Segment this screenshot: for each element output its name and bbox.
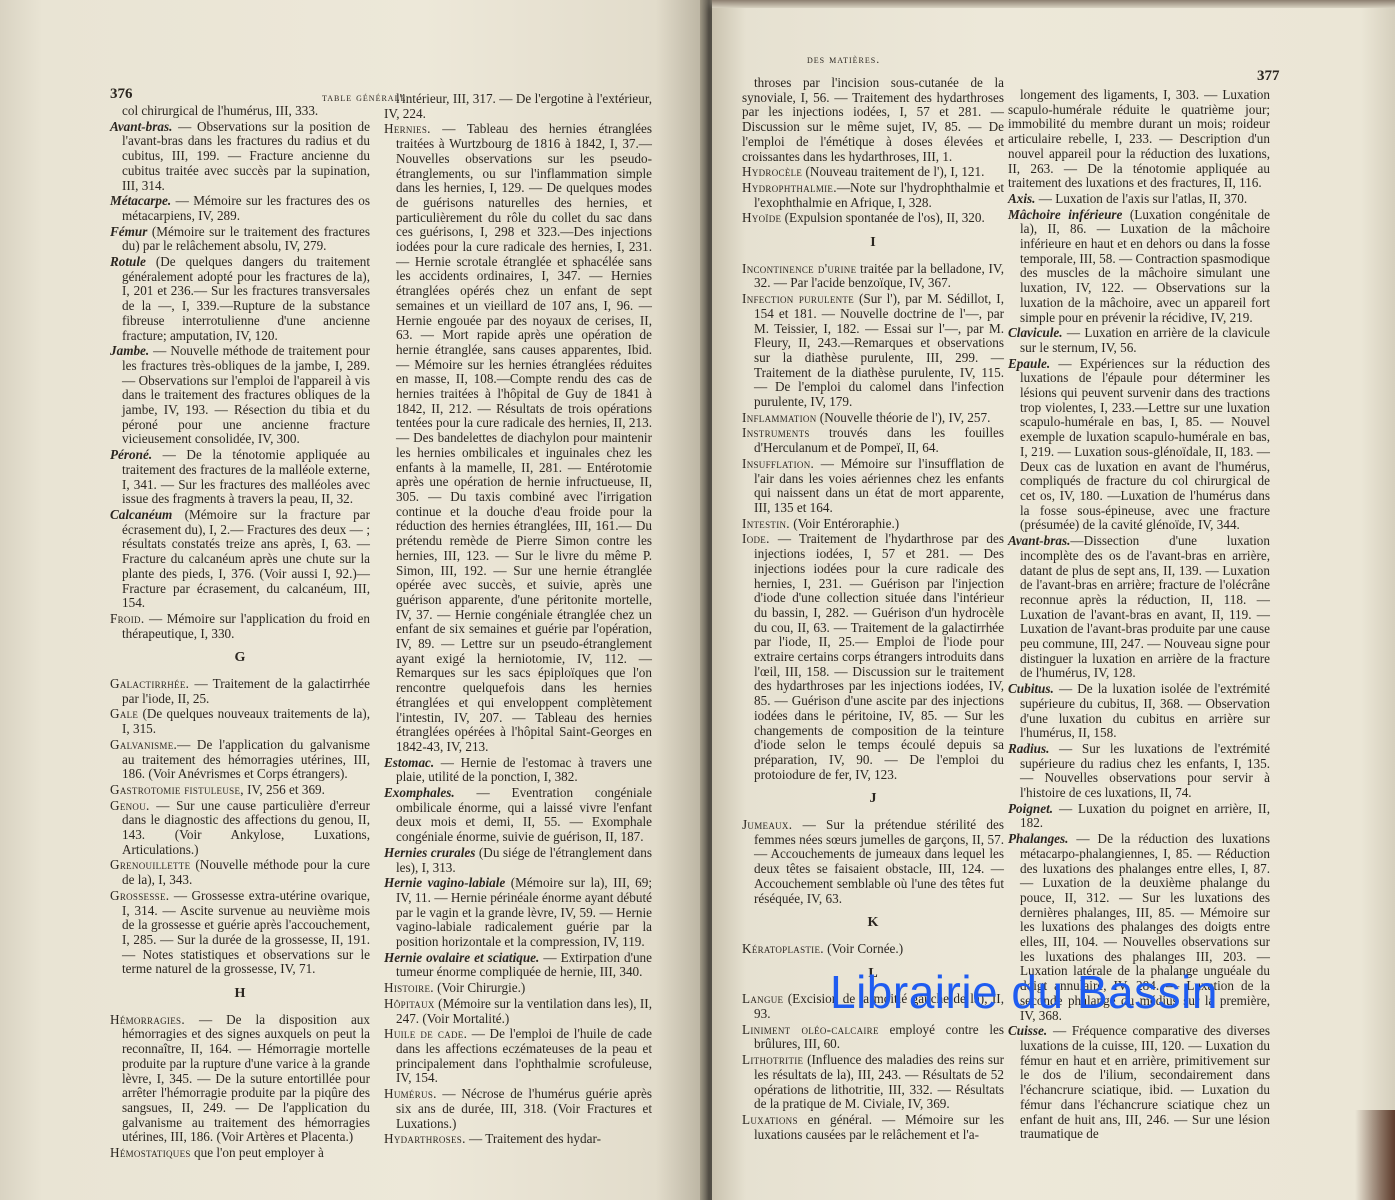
index-entry-continued: l'intérieur, III, 317. — De l'ergotine à… (384, 92, 652, 121)
index-entry-heading: Froid. (110, 611, 144, 626)
index-entry-heading: Hyoïde (742, 210, 781, 225)
index-entry: Inflammation (Nouvelle théorie de l'), I… (742, 411, 1004, 426)
index-entry-text: — Luxation de l'axis sur l'atlas, II, 37… (1035, 191, 1247, 206)
index-entry-heading: Hydrophthalmie. (742, 180, 837, 195)
index-entry-heading: Inflammation (742, 410, 817, 425)
index-entry-heading: Cuisse. (1008, 1023, 1047, 1038)
section-letter: J (742, 792, 1004, 807)
left-page: 376 TABLE GÉNÉRALE col chirurgical de l'… (0, 0, 705, 1200)
index-entry: Cuisse. — Fréquence comparative des dive… (1008, 1024, 1270, 1142)
index-entry-heading: Lithotritie (742, 1052, 803, 1067)
index-entry: Jambe. — Nouvelle méthode de traitement … (110, 344, 370, 447)
index-entry-continued: throses par l'incision sous-cutanée de l… (742, 76, 1004, 164)
index-entry-heading: Incontinence d'urine (742, 261, 856, 276)
index-entry-heading: Clavicule. (1008, 325, 1063, 340)
index-entry: Métacarpe. — Mémoire sur les fractures d… (110, 194, 370, 223)
index-entry: Avant-bras. — Observations sur la positi… (110, 120, 370, 194)
index-entry: Iode. — Traitement de l'hydarthrose par … (742, 532, 1004, 782)
section-letter: H (110, 987, 370, 1002)
index-entry-heading: Métacarpe. (110, 193, 171, 208)
index-entry-heading: Infection purulente (742, 291, 854, 306)
index-entry: Gale (De quelques nouveaux traitements d… (110, 707, 370, 736)
index-entry-heading: Hydrocèle (742, 164, 802, 179)
index-entry: Fémur (Mémoire sur le traitement des fra… (110, 225, 370, 254)
index-entry-heading: Gale (110, 706, 138, 721)
index-entry-text: (Mémoire sur la ventilation dans les), I… (396, 996, 652, 1026)
index-entry-text: (Sur l'), par M. Sédillot, I, 154 et 181… (754, 291, 1004, 409)
index-entry-heading: Histoire. (384, 980, 434, 995)
index-entry-heading: Calcanéum (110, 507, 172, 522)
index-entry-heading: Jumeaux. (742, 817, 792, 832)
right-page-number: 377 (1257, 68, 1280, 85)
index-entry: Clavicule. — Luxation en arrière de la c… (1008, 326, 1270, 355)
index-entry-text: — Traitement de l'hydarthrose par des in… (754, 531, 1004, 781)
section-letter: K (742, 916, 1004, 931)
index-entry-heading: Avant-bras. (110, 119, 172, 134)
index-entry-text: col chirurgical de l'humérus, III, 333. (122, 103, 318, 118)
index-entry: Huile de cade. — De l'emploi de l'huile … (384, 1027, 652, 1086)
index-entry-text: que l'on peut employer à (191, 1145, 324, 1160)
index-entry: Rotule (De quelques dangers du traitemen… (110, 255, 370, 343)
index-entry-text: — Sur une cause particulière d'erreur da… (122, 798, 370, 857)
index-entry: Liniment oléo-calcaire employé contre le… (742, 1023, 1004, 1052)
index-entry: Grossesse. — Grossesse extra-utérine ova… (110, 889, 370, 977)
left-page-column-2: l'intérieur, III, 317. — De l'ergotine à… (384, 92, 652, 1148)
index-entry-text: — Mémoire sur l'application du froid en … (122, 611, 370, 641)
index-entry-heading: Hémorragies. (110, 1012, 185, 1027)
index-entry-heading: Langue (742, 991, 783, 1006)
left-page-column-1: col chirurgical de l'humérus, III, 333.A… (110, 104, 370, 1162)
index-entry-heading: Hernies. (384, 121, 431, 136)
index-entry: Hernies. — Tableau des hernies étranglée… (384, 122, 652, 754)
index-entry: Hydarthroses. — Traitement des hydar- (384, 1132, 652, 1147)
index-entry-text: — Tableau des hernies étranglées traitée… (396, 121, 652, 754)
left-page-number: 376 (110, 86, 133, 103)
index-entry-text: (Voir Cornée.) (824, 941, 903, 956)
index-entry-heading: Luxations (742, 1112, 798, 1127)
index-entry: Poignet. — Luxation du poignet en arrièr… (1008, 802, 1270, 831)
index-entry: Histoire. (Voir Chirurgie.) (384, 981, 652, 996)
index-entry-heading: Grossesse. (110, 888, 169, 903)
index-entry-text: — De la luxation isolée de l'extrémité s… (1020, 681, 1270, 740)
index-entry-heading: Jambe. (110, 343, 149, 358)
index-entry-text: (Mémoire sur la fracture par écrasement … (122, 507, 370, 610)
index-entry-text: (De quelques nouveaux traitements de la)… (122, 706, 370, 736)
watermark-text: Librairie du Bassin (830, 965, 1218, 1019)
index-entry-text: (Luxation congénitale de la), II, 86. — … (1020, 207, 1270, 325)
index-entry: Hernies crurales (Du siége de l'étrangle… (384, 846, 652, 875)
index-entry: Lithotritie (Influence des maladies des … (742, 1053, 1004, 1112)
index-entry-text: — Sur les luxations de l'extrémité supér… (1020, 741, 1270, 800)
index-entry: Luxations en général. — Mémoire sur les … (742, 1113, 1004, 1142)
index-entry-heading: Hémostatiques (110, 1145, 191, 1160)
index-entry-heading: Avant-bras. (1008, 533, 1070, 548)
index-entry-heading: Hernies crurales (384, 845, 475, 860)
index-entry-heading: Hôpitaux (384, 996, 435, 1011)
index-entry-heading: Estomac. (384, 755, 434, 770)
index-entry: Avant-bras.—Dissection d'une luxation in… (1008, 534, 1270, 681)
section-letter: G (110, 651, 370, 666)
index-entry: Cubitus. — De la luxation isolée de l'ex… (1008, 682, 1270, 741)
index-entry-heading: Huile de cade. (384, 1026, 467, 1041)
index-entry-text: (Nouveau traitement de l'), I, 121. (802, 164, 984, 179)
index-entry: Calcanéum (Mémoire sur la fracture par é… (110, 508, 370, 611)
index-entry-text: — De la disposition aux hémorragies et d… (122, 1012, 370, 1145)
index-entry-heading: Fémur (110, 224, 147, 239)
index-entry-text: — Hernie de l'estomac à travers une plai… (396, 755, 652, 785)
index-entry-heading: Hernie ovalaire et sciatique. (384, 950, 539, 965)
index-entry-heading: Phalanges. (1008, 831, 1068, 846)
index-entry-heading: Gastrotomie fistuleuse, (110, 782, 244, 797)
right-running-head: DES MATIÈRES. (807, 52, 880, 67)
index-entry: Gastrotomie fistuleuse, IV, 256 et 369. (110, 783, 370, 798)
index-entry: Epaule. — Expériences sur la réduction d… (1008, 357, 1270, 533)
index-entry-text: — De la ténotomie appliquée au traitemen… (122, 447, 370, 506)
index-entry: Kératoplastie. (Voir Cornée.) (742, 942, 1004, 957)
index-entry: Galactirrhée. — Traitement de la galacti… (110, 677, 370, 706)
index-entry-continued: col chirurgical de l'humérus, III, 333. (110, 104, 370, 119)
index-entry-heading: Epaule. (1008, 356, 1050, 371)
index-entry-text: — Fréquence comparative des diverses lux… (1020, 1023, 1270, 1141)
index-entry-heading: Iode. (742, 531, 770, 546)
index-entry: Hernie ovalaire et sciatique. — Extirpat… (384, 951, 652, 980)
index-entry-heading: Humérus. (384, 1086, 437, 1101)
index-entry-text: — Nouvelle méthode de traitement pour le… (122, 343, 370, 446)
index-entry: Hernie vagino-labiale (Mémoire sur la), … (384, 876, 652, 950)
index-entry-text: longement des ligaments, I, 303. — Luxat… (1008, 87, 1270, 190)
book-cover-corner (1355, 1110, 1395, 1200)
index-entry-text: — Expériences sur la réduction des luxat… (1020, 356, 1270, 533)
index-entry: Jumeaux. — Sur la prétendue stérilité de… (742, 818, 1004, 906)
index-entry-heading: Grenouillette (110, 857, 190, 872)
index-entry-text: (Voir Entéroraphie.) (790, 516, 899, 531)
index-entry: Axis. — Luxation de l'axis sur l'atlas, … (1008, 192, 1270, 207)
index-entry: Hydrocèle (Nouveau traitement de l'), I,… (742, 165, 1004, 180)
index-entry-heading: Radius. (1008, 741, 1049, 756)
index-entry: Hydrophthalmie.—Note sur l'hydrophthalmi… (742, 181, 1004, 210)
index-entry-heading: Poignet. (1008, 801, 1053, 816)
index-entry-text: — Traitement des hydar- (466, 1131, 601, 1146)
index-entry: Genou. — Sur une cause particulière d'er… (110, 799, 370, 858)
index-entry-heading: Insufflation. (742, 456, 814, 471)
index-entry-text: l'intérieur, III, 317. — De l'ergotine à… (384, 91, 652, 121)
index-entry: Infection purulente (Sur l'), par M. Séd… (742, 292, 1004, 410)
index-entry-text: throses par l'incision sous-cutanée de l… (742, 75, 1004, 164)
index-entry-heading: Axis. (1008, 191, 1035, 206)
index-entry-heading: Exomphales. (384, 785, 455, 800)
index-entry-heading: Liniment oléo-calcaire (742, 1022, 879, 1037)
index-entry-text: IV, 256 et 369. (244, 782, 325, 797)
index-entry: Hyoïde (Expulsion spontanée de l'os), II… (742, 211, 1004, 226)
index-entry: Hémorragies. — De la disposition aux hém… (110, 1013, 370, 1145)
right-page: DES MATIÈRES. 377 throses par l'incision… (712, 6, 1395, 1200)
index-entry-text: (Expulsion spontanée de l'os), II, 320. (781, 210, 984, 225)
index-entry-text: —Dissection d'une luxation incomplète de… (1020, 533, 1270, 680)
index-entry: Froid. — Mémoire sur l'application du fr… (110, 612, 370, 641)
index-entry: Hôpitaux (Mémoire sur la ventilation dan… (384, 997, 652, 1026)
index-entry-text: — Sur la prétendue stérilité des femmes … (754, 817, 1004, 906)
index-entry: Mâchoire inférieure (Luxation congénital… (1008, 208, 1270, 326)
section-letter: I (742, 236, 1004, 251)
index-entry: Hémostatiques que l'on peut employer à (110, 1146, 370, 1161)
index-entry-heading: Mâchoire inférieure (1008, 207, 1122, 222)
index-entry-text: — Luxation du poignet en arrière, II, 18… (1020, 801, 1270, 831)
index-entry-heading: Instruments (742, 425, 810, 440)
index-entry-heading: Galactirrhée. (110, 676, 189, 691)
index-entry-heading: Hydarthroses. (384, 1131, 466, 1146)
index-entry-heading: Galvanisme. (110, 737, 177, 752)
index-entry: Exomphales. — Eventration congéniale omb… (384, 786, 652, 845)
index-entry: Galvanisme.— De l'application du galvani… (110, 738, 370, 782)
index-entry: Péroné. — De la ténotomie appliquée au t… (110, 448, 370, 507)
index-entry: Humérus. — Nécrose de l'humérus guérie a… (384, 1087, 652, 1131)
index-entry: Intestin. (Voir Entéroraphie.) (742, 517, 1004, 532)
index-entry: Incontinence d'urine traitée par la bell… (742, 262, 1004, 291)
index-entry-heading: Genou. (110, 798, 150, 813)
page-top-edge (712, 0, 1395, 8)
index-entry-continued: longement des ligaments, I, 303. — Luxat… (1008, 88, 1270, 191)
index-entry-heading: Hernie vagino-labiale (384, 875, 505, 890)
index-entry-heading: Kératoplastie. (742, 941, 824, 956)
index-entry-text: (Mémoire sur le traitement des fractures… (122, 224, 370, 254)
index-entry: Insufflation. — Mémoire sur l'insufflati… (742, 457, 1004, 516)
index-entry-text: (De quelques dangers du traitement génér… (122, 254, 370, 343)
index-entry-heading: Intestin. (742, 516, 790, 531)
index-entry: Estomac. — Hernie de l'estomac à travers… (384, 756, 652, 785)
index-entry: Grenouillette (Nouvelle méthode pour la … (110, 858, 370, 887)
index-entry: Instruments trouvés dans les fouilles d'… (742, 426, 1004, 455)
index-entry-heading: Rotule (110, 254, 146, 269)
index-entry-text: (Nouvelle théorie de l'), IV, 257. (817, 410, 991, 425)
index-entry: Radius. — Sur les luxations de l'extrémi… (1008, 742, 1270, 801)
index-entry-heading: Cubitus. (1008, 681, 1054, 696)
index-entry-text: (Voir Chirurgie.) (434, 980, 525, 995)
index-entry-heading: Péroné. (110, 447, 152, 462)
